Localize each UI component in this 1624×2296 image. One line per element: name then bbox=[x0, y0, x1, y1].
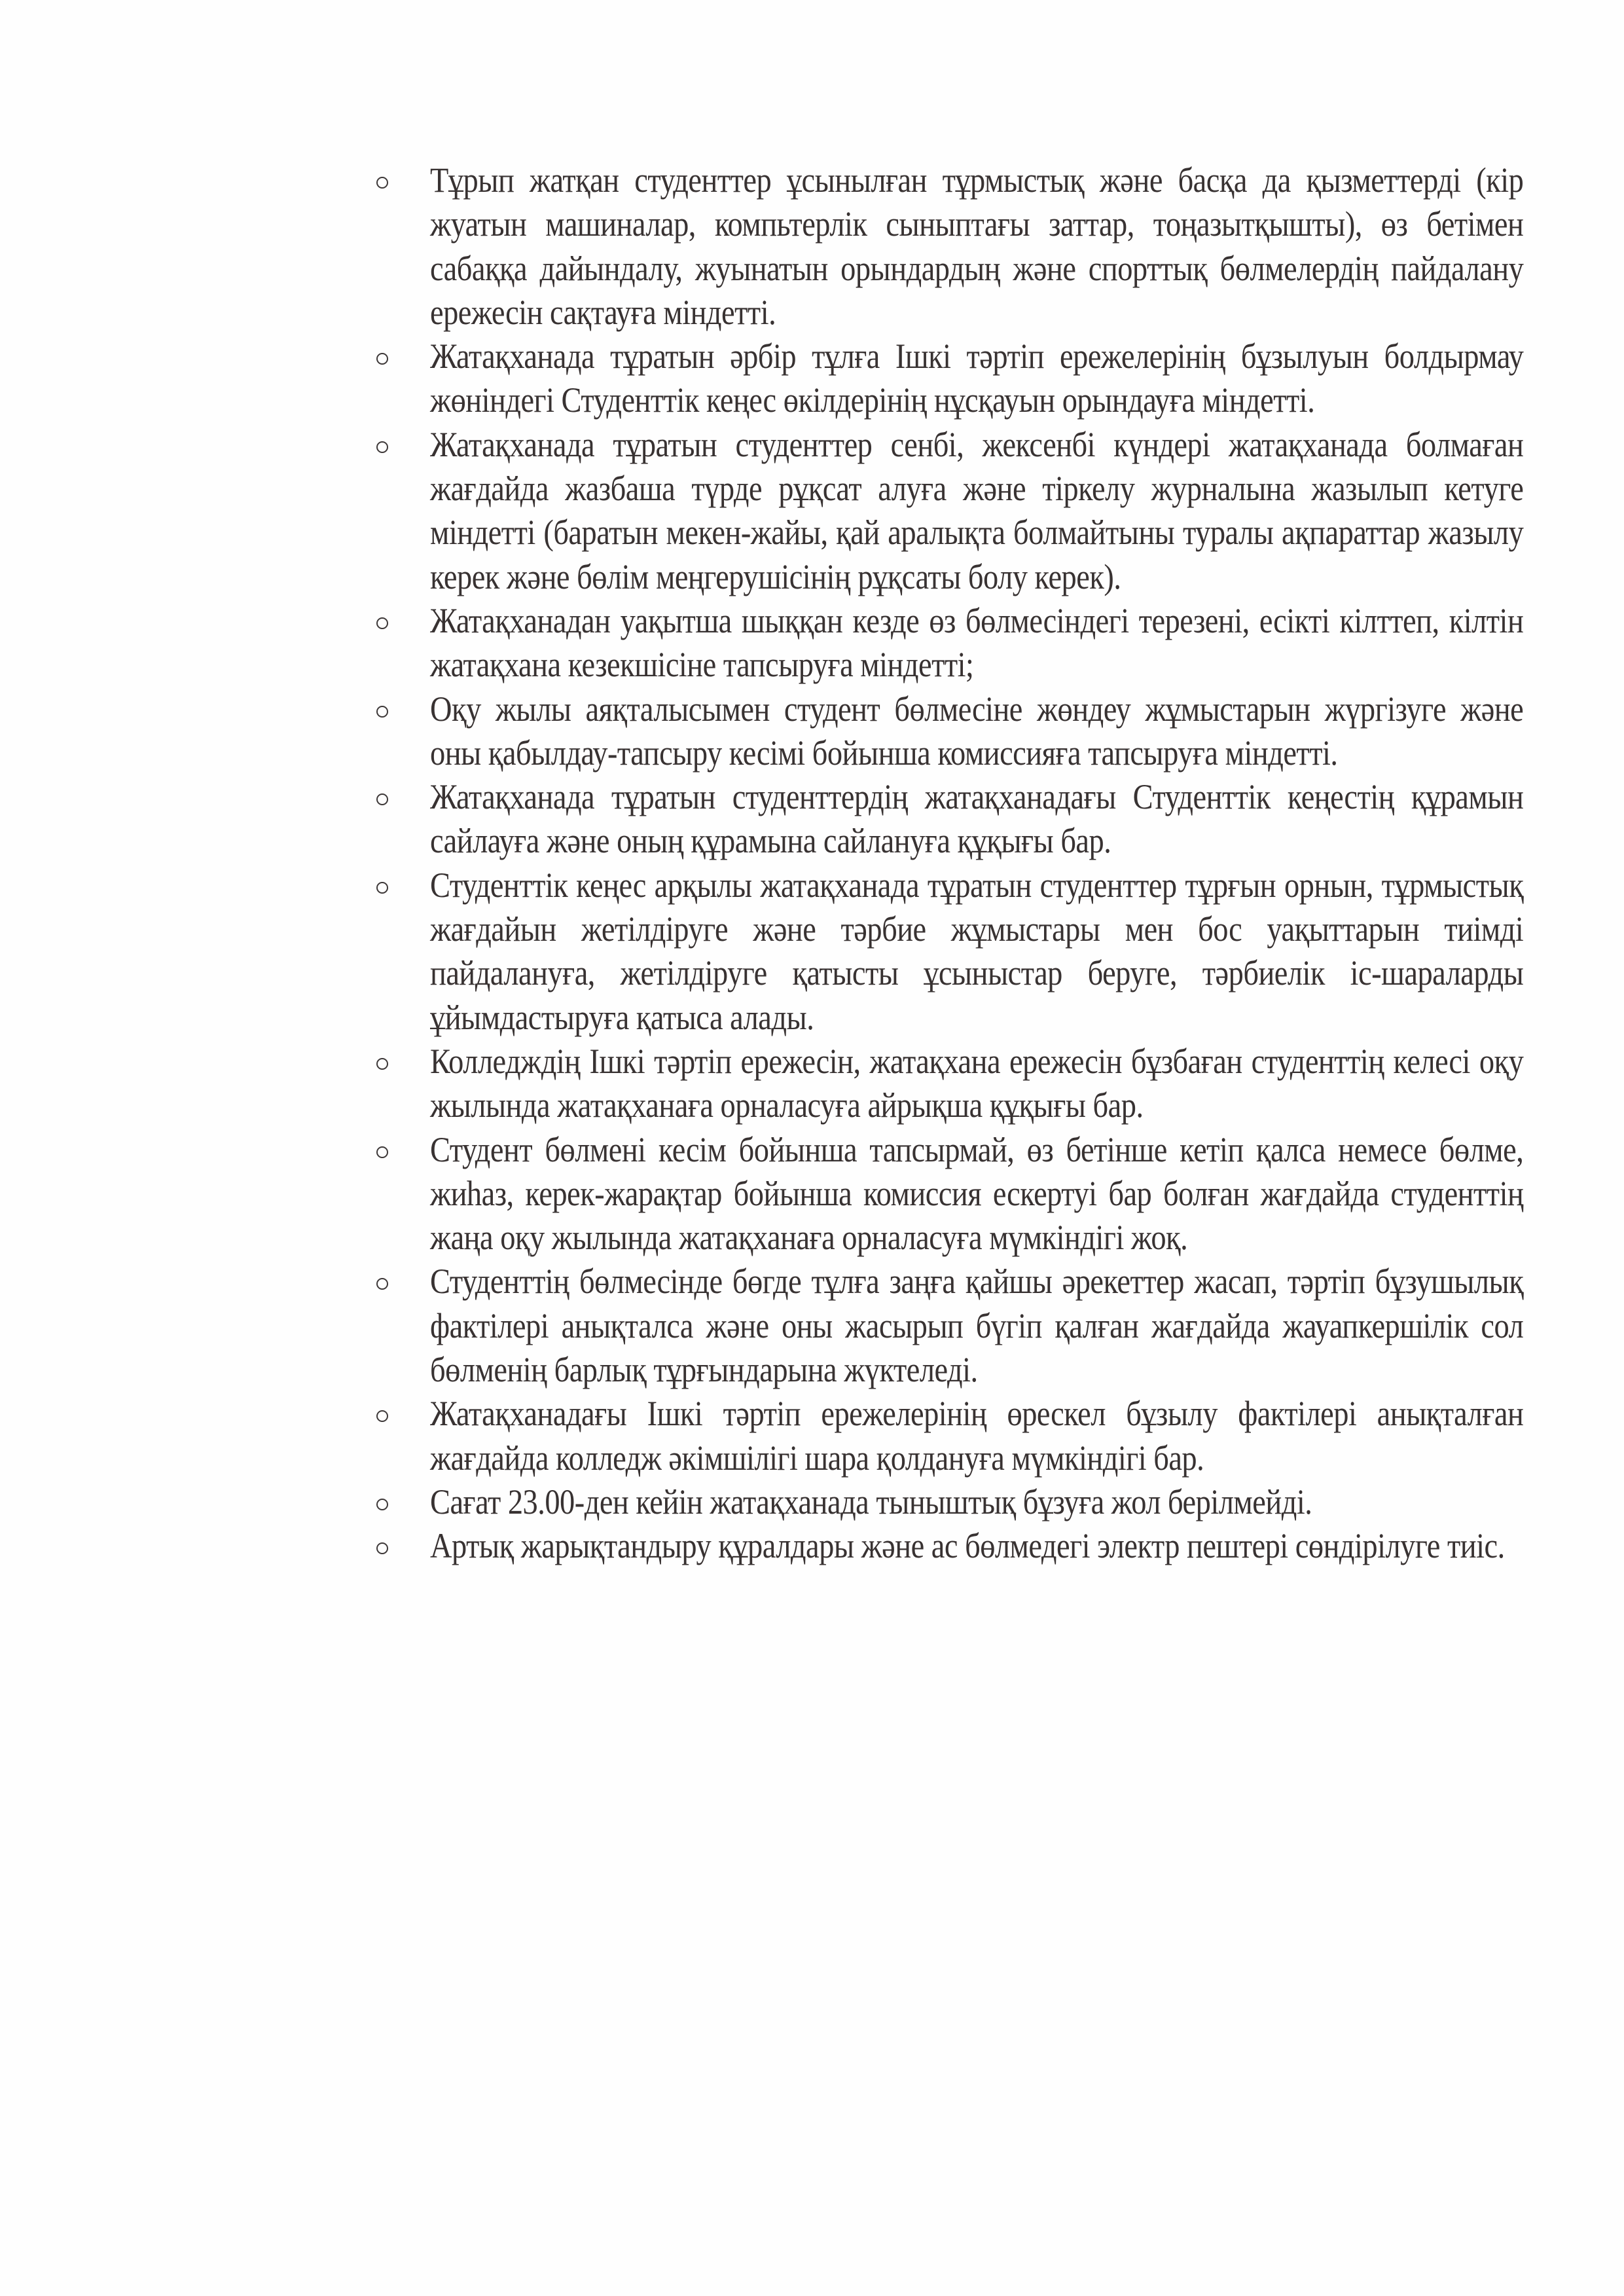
rule-text: Колледждің Ішкі тәртіп ережесін, жатақха… bbox=[430, 1040, 1523, 1128]
hollow-circle-bullet-icon bbox=[376, 793, 388, 805]
rule-item: Жатақханадан уақытша шыққан кезде өз бөл… bbox=[376, 599, 1523, 687]
rule-text: Тұрып жатқан студенттер ұсынылған тұрмыс… bbox=[430, 158, 1523, 335]
rule-item: Оқу жылы аяқталысымен студент бөлмесіне … bbox=[376, 687, 1523, 776]
rule-item: Колледждің Ішкі тәртіп ережесін, жатақха… bbox=[376, 1040, 1523, 1128]
rule-text: Жатақханада тұратын студенттердің жатақх… bbox=[430, 775, 1523, 864]
hollow-circle-bullet-icon bbox=[376, 1410, 388, 1422]
rule-text: Жатақханадағы Ішкі тәртіп ережелерінің ө… bbox=[430, 1392, 1523, 1480]
hollow-circle-bullet-icon bbox=[376, 706, 388, 718]
hollow-circle-bullet-icon bbox=[376, 177, 388, 189]
rule-text: Студенттің бөлмесінде бөгде тұлға заңға … bbox=[430, 1260, 1523, 1392]
rule-text: Жатақханада тұратын әрбір тұлға Ішкі тәр… bbox=[430, 335, 1523, 423]
hollow-circle-bullet-icon bbox=[376, 1499, 388, 1510]
hollow-circle-bullet-icon bbox=[376, 1278, 388, 1290]
rule-item: Жатақханада тұратын әрбір тұлға Ішкі тәр… bbox=[376, 335, 1523, 423]
hollow-circle-bullet-icon bbox=[376, 1058, 388, 1070]
rule-item: Студенттің бөлмесінде бөгде тұлға заңға … bbox=[376, 1260, 1523, 1392]
rule-item: Жатақханада тұратын студенттер сенбі, же… bbox=[376, 423, 1523, 599]
hollow-circle-bullet-icon bbox=[376, 617, 388, 629]
hollow-circle-bullet-icon bbox=[376, 882, 388, 894]
rule-text: Жатақханада тұратын студенттер сенбі, же… bbox=[430, 423, 1523, 599]
rule-text: Оқу жылы аяқталысымен студент бөлмесіне … bbox=[430, 687, 1523, 776]
rule-item: Студенттік кеңес арқылы жатақханада тұра… bbox=[376, 864, 1523, 1040]
rule-item: Артық жарықтандыру құралдары және ас бөл… bbox=[376, 1524, 1523, 1568]
rule-item: Жатақханадағы Ішкі тәртіп ережелерінің ө… bbox=[376, 1392, 1523, 1480]
rule-text: Артық жарықтандыру құралдары және ас бөл… bbox=[430, 1524, 1523, 1568]
hollow-circle-bullet-icon bbox=[376, 353, 388, 365]
hollow-circle-bullet-icon bbox=[376, 1542, 388, 1554]
rule-item: Сағат 23.00-ден кейін жатақханада тынышт… bbox=[376, 1480, 1523, 1524]
rule-item: Тұрып жатқан студенттер ұсынылған тұрмыс… bbox=[376, 158, 1523, 335]
hollow-circle-bullet-icon bbox=[376, 441, 388, 453]
hollow-circle-bullet-icon bbox=[376, 1146, 388, 1158]
document-page: Тұрып жатқан студенттер ұсынылған тұрмыс… bbox=[0, 0, 1624, 2296]
rule-item: Жатақханада тұратын студенттердің жатақх… bbox=[376, 775, 1523, 864]
rule-text: Сағат 23.00-ден кейін жатақханада тынышт… bbox=[430, 1480, 1523, 1524]
dormitory-rules-list: Тұрып жатқан студенттер ұсынылған тұрмыс… bbox=[376, 158, 1523, 1569]
rule-text: Студенттік кеңес арқылы жатақханада тұра… bbox=[430, 864, 1523, 1040]
rule-text: Жатақханадан уақытша шыққан кезде өз бөл… bbox=[430, 599, 1523, 687]
rule-item: Студент бөлмені кесім бойынша тапсырмай,… bbox=[376, 1128, 1523, 1260]
rule-text: Студент бөлмені кесім бойынша тапсырмай,… bbox=[430, 1128, 1523, 1260]
